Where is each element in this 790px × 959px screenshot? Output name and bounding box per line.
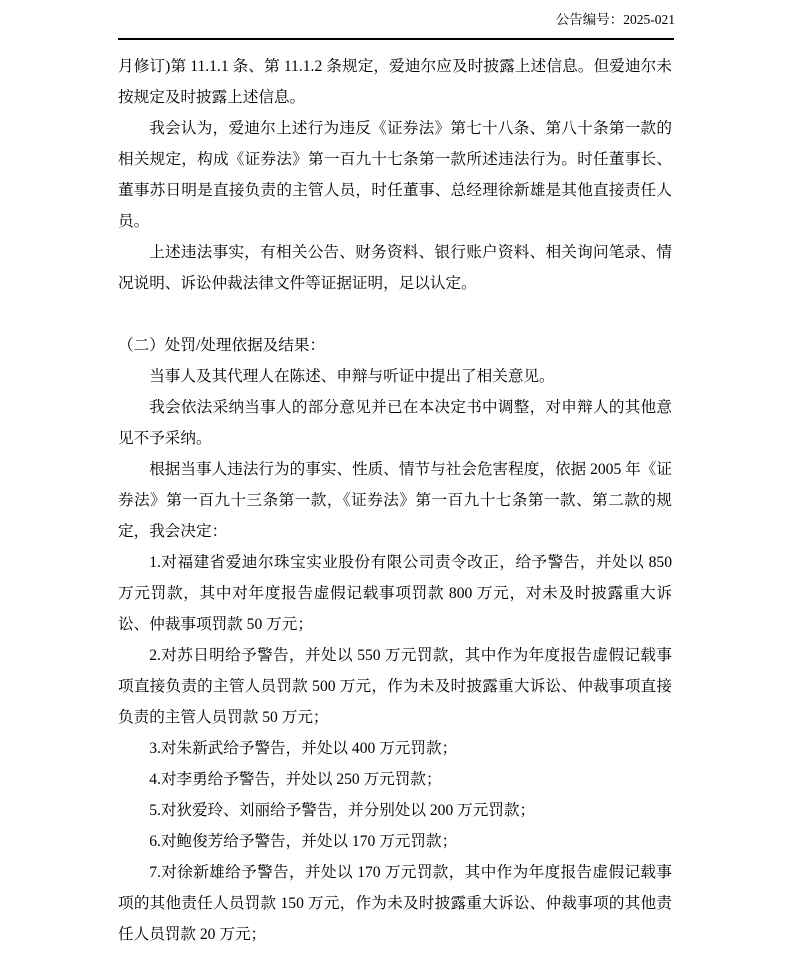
heading-penalty-section: （二）处罚/处理依据及结果： [118, 330, 672, 361]
header-divider [118, 38, 674, 40]
penalty-item-4: 4.对李勇给予警告，并处以 250 万元罚款； [118, 764, 672, 795]
penalty-item-6: 6.对鲍俊芳给予警告，并处以 170 万元罚款； [118, 826, 672, 857]
para-opinion-adoption: 我会依法采纳当事人的部分意见并已在本决定书中调整，对申辩人的其他意见不予采纳。 [118, 392, 672, 454]
para-evidence: 上述违法事实，有相关公告、财务资料、银行账户资料、相关询问笔录、情况说明、诉讼仲… [118, 237, 672, 299]
para-continuation: 月修订)第 11.1.1 条、第 11.1.2 条规定，爱迪尔应及时披露上述信息… [118, 51, 672, 113]
document-body: 月修订)第 11.1.1 条、第 11.1.2 条规定，爱迪尔应及时披露上述信息… [118, 51, 672, 950]
document-page: 公告编号：2025-021 月修订)第 11.1.1 条、第 11.1.2 条规… [0, 0, 790, 959]
para-statement-hearing: 当事人及其代理人在陈述、申辩与听证中提出了相关意见。 [118, 361, 672, 392]
penalty-item-3: 3.对朱新武给予警告，并处以 400 万元罚款； [118, 733, 672, 764]
penalty-item-7: 7.对徐新雄给予警告，并处以 170 万元罚款，其中作为年度报告虚假记载事项的其… [118, 857, 672, 950]
para-commission-opinion: 我会认为，爱迪尔上述行为违反《证券法》第七十八条、第八十条第一款的相关规定，构成… [118, 113, 672, 237]
penalty-item-5: 5.对狄爱玲、刘丽给予警告，并分别处以 200 万元罚款； [118, 795, 672, 826]
penalty-item-1: 1.对福建省爱迪尔珠宝实业股份有限公司责令改正，给予警告，并处以 850 万元罚… [118, 547, 672, 640]
announcement-number: 公告编号：2025-021 [556, 12, 675, 28]
para-decision-basis: 根据当事人违法行为的事实、性质、情节与社会危害程度，依据 2005 年《证券法》… [118, 454, 672, 547]
penalty-item-2: 2.对苏日明给予警告，并处以 550 万元罚款，其中作为年度报告虚假记载事项直接… [118, 640, 672, 733]
